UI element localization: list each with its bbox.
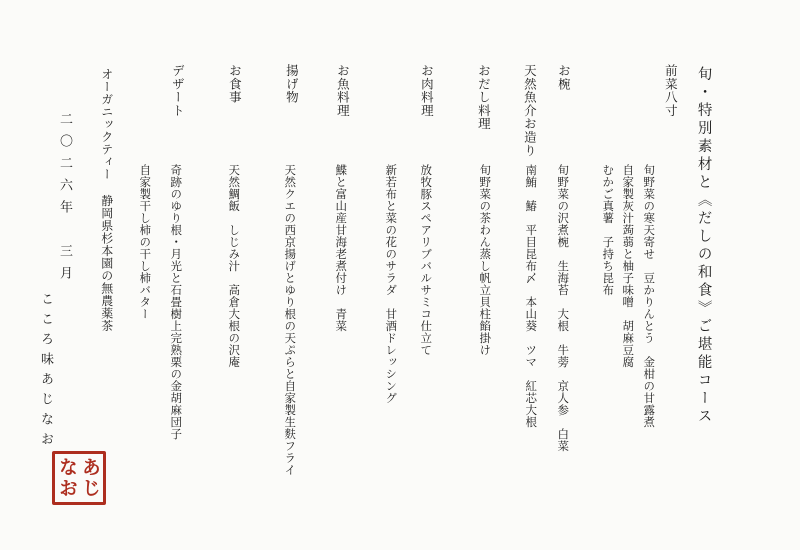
section-header-fish: お魚料理	[335, 64, 349, 117]
menu-item: 旬野菜の茶わん蒸し帆立貝柱餡掛け	[477, 164, 490, 356]
menu-title: 旬・特別素材と《だしの和食》ご堪能コース	[695, 66, 712, 426]
menu-item: 鰈と富山産甘海老煮付け 青菜	[333, 164, 346, 332]
seal-text-line: あじ	[78, 457, 101, 502]
section-header-sashimi: 天然魚介お造り	[522, 64, 536, 157]
section-header-zensai: 前菜八寸	[663, 64, 677, 117]
spacer	[106, 181, 107, 195]
menu-item: 自家製灰汁蒟蒻と柚子味噌 胡麻豆腐	[620, 164, 633, 368]
section-header-agemono: 揚げ物	[284, 64, 298, 104]
signature-line: こころ味あじなお	[38, 292, 53, 452]
menu-item: 天然鯛飯 しじみ汁 高倉大根の沢庵	[226, 164, 239, 368]
menu-item: 天然クエの西京揚げとゆり根の天ぷらと自家製生麩フライ	[282, 164, 295, 476]
menu-item: 奇跡のゆり根・月光と石畳樹上完熟栗の金胡麻団子	[168, 164, 181, 440]
menu-item: 南鮪 鰆 平目昆布〆 本山葵 ツマ 紅芯大根	[523, 164, 536, 428]
section-header-owan: お椀	[556, 64, 570, 91]
section-header-shokuji: お食事	[227, 64, 241, 104]
menu-item: 静岡県杉本園の無農薬茶	[100, 195, 114, 333]
section-header-dessert: デザート	[170, 64, 184, 117]
menu-item: 新若布と菜の花のサラダ 甘酒ドレッシング	[383, 164, 396, 404]
menu-item: 放牧豚スペアリブバルサミコ仕立て	[418, 164, 431, 356]
section-header-tea: オーガニックティー	[100, 68, 114, 181]
menu-item: 旬野菜の沢煮椀 生海苔 大根 牛蒡 京人参 白菜	[555, 164, 568, 452]
tea-line: オーガニックティー静岡県杉本園の無農薬茶	[99, 68, 113, 332]
section-header-meat: お肉料理	[419, 64, 433, 117]
menu-item: 自家製干し柿の干し柿バター	[137, 164, 150, 320]
section-header-dashi: おだし料理	[476, 64, 490, 131]
hanko-seal: あじ なお	[52, 451, 106, 505]
menu-item: 旬野菜の寒天寄せ 豆かりんとう 金柑の甘露煮	[641, 164, 654, 428]
menu-item: むかご真薯 子持ち昆布	[600, 164, 613, 296]
date-line: 二〇二六年 三月	[57, 112, 72, 288]
menu-page: 旬・特別素材と《だしの和食》ご堪能コース 前菜八寸 旬野菜の寒天寄せ 豆かりんと…	[0, 0, 800, 550]
seal-text-line: なお	[55, 457, 78, 502]
